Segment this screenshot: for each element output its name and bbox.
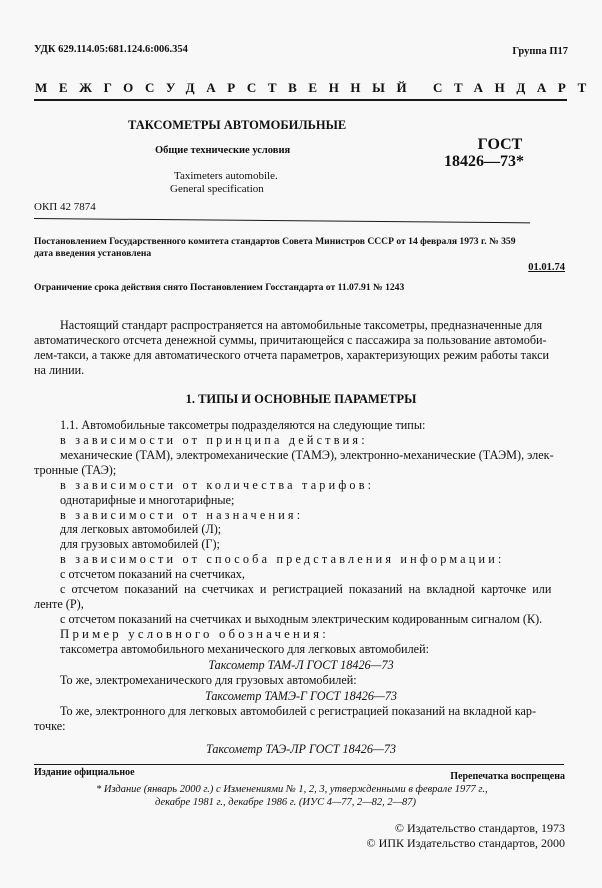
english-title-2: General specification <box>170 183 264 195</box>
category-principle: в зависимости от принципа действия: <box>60 433 368 448</box>
section-heading: 1. ТИПЫ И ОСНОВНЫЕ ПАРАМЕТРЫ <box>0 392 602 407</box>
info-type-2-line-2: ленте (Р), <box>34 597 84 612</box>
info-type-2-line-1: с отсчетом показаний на счетчиках и реги… <box>60 582 551 597</box>
gost-label: ГОСТ <box>460 136 540 154</box>
category-info: в зависимости от способа представления и… <box>60 552 505 567</box>
okp-code: ОКП 42 7874 <box>34 201 96 213</box>
banner-rule <box>34 99 567 101</box>
introduction-date: 01.01.74 <box>528 262 565 273</box>
official-edition: Издание официальное <box>34 767 135 778</box>
purpose-cars: для легковых автомобилей (Л); <box>60 522 221 537</box>
example-2-code: Таксометр ТАМЭ-Г ГОСТ 18426—73 <box>0 689 602 704</box>
udk-code: УДК 629.114.05:681.124.6:006.354 <box>34 44 188 55</box>
example-3-code: Таксометр ТАЭ-ЛР ГОСТ 18426—73 <box>0 742 602 757</box>
example-2-text: То же, электромеханического для грузовых… <box>60 673 357 688</box>
tariff-types: однотарифные и многотарифные; <box>60 493 234 508</box>
example-3-text-line-1: То же, электронного для легковых автомоб… <box>60 704 536 719</box>
banner-text: МЕЖГОСУДАРСТВЕННЫЙ СТАНДАРТ <box>35 80 598 95</box>
english-title-1: Taximeters automobile. <box>174 170 278 182</box>
restriction-note: Ограничение срока действия снято Постано… <box>34 282 404 293</box>
decree-line: Постановлением Государственного комитета… <box>34 236 516 247</box>
purpose-trucks: для грузовых автомобилей (Г); <box>60 537 220 552</box>
decree-intro-date-label: дата введения установлена <box>34 248 151 259</box>
gost-number: 18426—73* <box>444 153 524 171</box>
intro-line-3: лем-такси, а также для автоматического о… <box>34 348 549 363</box>
category-purpose: в зависимости от назначения: <box>60 508 303 523</box>
info-type-3: с отсчетом показаний на счетчиках и выхо… <box>60 612 542 627</box>
intro-line-1: Настоящий стандарт распространяется на а… <box>60 318 542 333</box>
intro-line-2: автоматического отсчета денежной суммы, … <box>34 333 547 348</box>
doc-subtitle: Общие технические условия <box>155 145 290 156</box>
info-type-1: с отсчетом показаний на счетчиках, <box>60 567 245 582</box>
clause-1-1: 1.1. Автомобильные таксометры подразделя… <box>60 418 425 433</box>
footer-rule <box>34 764 564 765</box>
reprint-prohibited: Перепечатка воспрещена <box>450 771 565 782</box>
example-label: Пример условного обозначения: <box>60 627 329 642</box>
principle-types-1: механические (ТАМ), электромеханические … <box>60 448 554 463</box>
edition-note-1: * Издание (январь 2000 г.) с Изменениями… <box>96 784 488 795</box>
example-1-text: таксометра автомобильного механического … <box>60 642 429 657</box>
intro-line-4: на линии. <box>34 363 84 378</box>
title-rule <box>34 218 530 223</box>
edition-note-2: декабре 1981 г., декабре 1986 г. (ИУС 4—… <box>155 797 416 808</box>
copyright-1973: © Издательство стандартов, 1973 <box>395 821 565 836</box>
example-3-text-line-2: точке: <box>34 719 66 734</box>
standard-banner: МЕЖГОСУДАРСТВЕННЫЙ СТАНДАРТ <box>35 80 575 96</box>
group-label: Группа П17 <box>512 46 568 57</box>
principle-types-2: тронные (ТАЭ); <box>34 463 116 478</box>
copyright-2000: © ИПК Издательство стандартов, 2000 <box>367 836 565 851</box>
example-1-code: Таксометр ТАМ-Л ГОСТ 18426—73 <box>0 658 602 673</box>
doc-title: ТАКСОМЕТРЫ АВТОМОБИЛЬНЫЕ <box>128 118 346 133</box>
category-tariffs: в зависимости от количества тарифов: <box>60 478 374 493</box>
